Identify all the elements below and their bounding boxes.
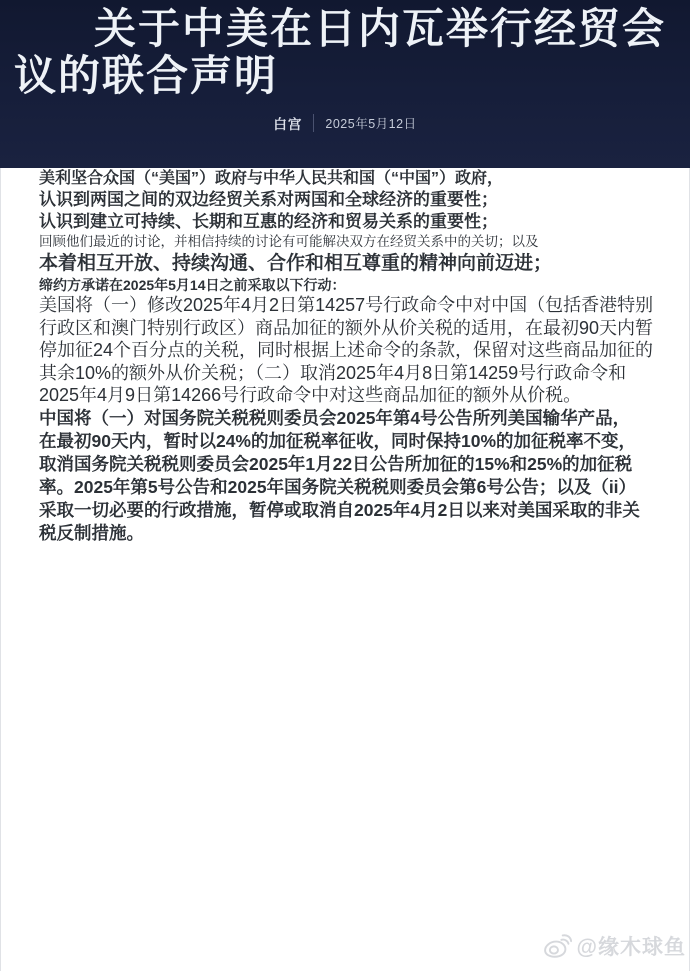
paragraph-us-actions: 美国将（一）修改2025年4月2日第14257号行政命令中对中国（包括香港特别 …	[39, 294, 657, 407]
byline: 白宫 2025年5月12日	[0, 113, 690, 133]
statement-page: 关于中美在日内瓦举行经贸会 议的联合声明 白宫 2025年5月12日 美利坚合众…	[0, 0, 690, 971]
byline-date: 2025年5月12日	[325, 114, 416, 132]
page-title: 关于中美在日内瓦举行经贸会 议的联合声明	[0, 5, 690, 99]
weibo-icon	[542, 933, 572, 959]
paragraph-recall-discussions: 回顾他们最近的讨论，并相信持续的讨论有可能解决双方在经贸关系中的关切；以及	[39, 233, 657, 251]
watermark-handle: @缘木球鱼	[577, 931, 686, 961]
document-header: 关于中美在日内瓦举行经贸会 议的联合声明 白宫 2025年5月12日	[0, 0, 690, 168]
paragraph-commitment: 缔约方承诺在2025年5月14日之前采取以下行动：	[39, 276, 657, 295]
watermark: @缘木球鱼	[542, 931, 686, 961]
document-body: 美利坚合众国（“美国”）政府与中华人民共和国（“中国”）政府， 认识到两国之间的…	[0, 168, 690, 971]
paragraph-recognize-sustainable: 认识到建立可持续、长期和互惠的经济和贸易关系的重要性；	[39, 211, 657, 233]
byline-divider	[313, 114, 314, 132]
byline-source: 白宫	[273, 113, 302, 133]
paragraph-spirit: 本着相互开放、持续沟通、合作和相互尊重的精神向前迈进；	[39, 251, 657, 276]
paragraph-recognize-bilateral: 认识到两国之间的双边经贸关系对两国和全球经济的重要性；	[39, 189, 657, 211]
paragraph-china-actions: 中国将（一）对国务院关税税则委员会2025年第4号公告所列美国输华产品， 在最初…	[39, 407, 657, 545]
paragraph-parties: 美利坚合众国（“美国”）政府与中华人民共和国（“中国”）政府，	[39, 168, 657, 189]
